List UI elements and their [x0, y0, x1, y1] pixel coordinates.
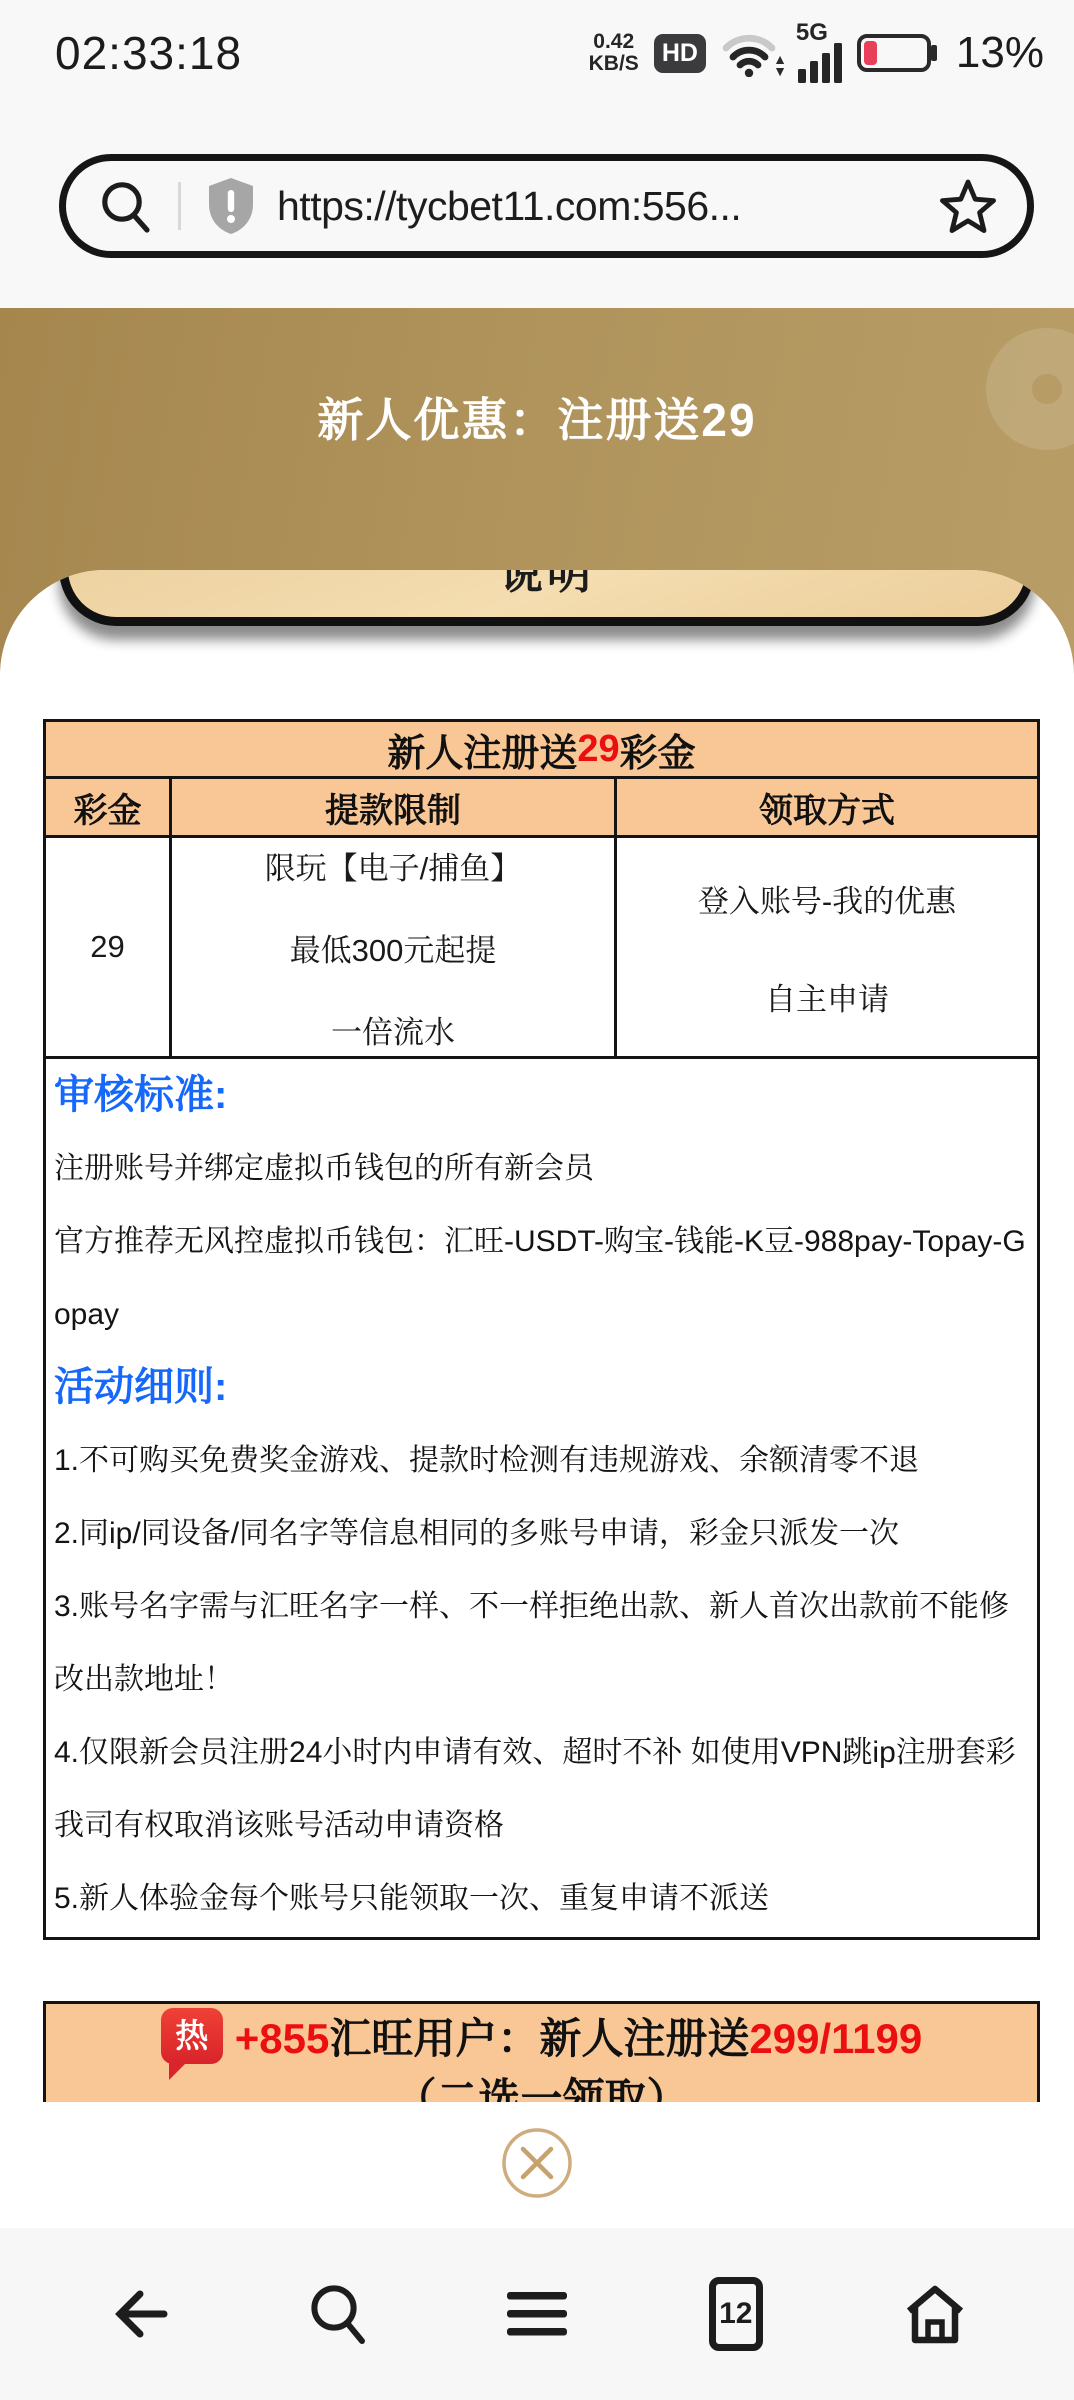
- bookmark-star-icon[interactable]: [939, 178, 997, 234]
- phone-screen: 02:33:18 0.42 KB/S HD ▲▼ 5G: [0, 0, 1074, 2400]
- title-line-1: 热+855汇旺用户：新人注册送299/1199: [46, 2010, 1037, 2070]
- bonus-table-1-title: 新人注册送29彩金: [46, 722, 1037, 779]
- promo-notes: 审核标准: 注册账号并绑定虚拟币钱包的所有新会员 官方推荐无风控虚拟币钱包：汇旺…: [46, 1059, 1037, 1937]
- title-amounts: 299/1199: [749, 2015, 922, 2062]
- tabs-button[interactable]: 12: [691, 2269, 781, 2359]
- claim-line: 自主申请: [765, 974, 889, 1019]
- search-icon[interactable]: [98, 178, 152, 234]
- title-phone: +855: [235, 2015, 330, 2062]
- withdraw-limits: 限玩【电子/捕鱼】 最低300元起提 一倍流水: [172, 838, 617, 1059]
- rule-item: 2.同ip/同设备/同名字等信息相同的多账号申请，彩金只派发一次: [54, 1497, 1031, 1570]
- bonus-table-1: 新人注册送29彩金 彩金 提款限制 领取方式 29 限玩【电子/捕鱼】 最低30…: [43, 719, 1040, 1940]
- bonus-amount: 29: [46, 838, 172, 1059]
- close-button[interactable]: [501, 2127, 573, 2199]
- back-button[interactable]: [94, 2269, 184, 2359]
- network-type-label: 5G: [796, 19, 828, 47]
- rule-item: 4.仅限新会员注册24小时内申请有效、超时不补 如使用VPN跳ip注册套彩我司有…: [54, 1716, 1031, 1862]
- bonus-table-2-title: 热+855汇旺用户：新人注册送299/1199 （二选一领取）: [46, 2004, 1037, 2102]
- claim-method: 登入账号-我的优惠 自主申请: [617, 838, 1037, 1059]
- rules-heading: 活动细则:: [54, 1351, 1031, 1424]
- limit-line: 限玩【电子/捕鱼】: [265, 843, 522, 888]
- cell-signal-icon: 5G: [798, 23, 842, 83]
- network-speed-value: 0.42: [589, 31, 639, 53]
- table-1-data-row: 29 限玩【电子/捕鱼】 最低300元起提 一倍流水 登入账号-我的优惠 自主申…: [46, 838, 1037, 1059]
- status-icons: 0.42 KB/S HD ▲▼ 5G 13%: [589, 23, 1044, 83]
- limit-line: 最低300元起提: [290, 925, 497, 970]
- wifi-icon: ▲▼: [721, 29, 783, 77]
- status-bar: 02:33:18 0.42 KB/S HD ▲▼ 5G: [0, 0, 1074, 100]
- review-heading: 审核标准:: [54, 1059, 1031, 1132]
- title-highlight: 29: [577, 728, 619, 771]
- hd-voice-icon: HD: [654, 34, 706, 73]
- promo-content: 新人注册送29彩金 彩金 提款限制 领取方式 29 限玩【电子/捕鱼】 最低30…: [43, 570, 1040, 2102]
- title-line-2: （二选一领取）: [46, 2070, 1037, 2102]
- description-button[interactable]: 说明: [59, 570, 1035, 626]
- claim-line: 登入账号-我的优惠: [698, 876, 956, 921]
- title-text: 汇旺用户：新人注册送: [329, 2015, 749, 2062]
- rule-item: 1.不可购买免费奖金游戏、提款时检测有违规游戏、余额清零不退: [54, 1424, 1031, 1497]
- battery-percent: 13%: [956, 28, 1044, 78]
- rule-item: 5.新人体验金每个账号只能领取一次、重复申请不派送: [54, 1862, 1031, 1935]
- promo-banner-title: 新人优惠：注册送29: [0, 308, 1074, 450]
- address-bar[interactable]: https://tycbet11.com:556...: [59, 154, 1034, 258]
- review-line: 注册账号并绑定虚拟币钱包的所有新会员: [54, 1132, 1031, 1205]
- network-speed-unit: KB/S: [589, 53, 639, 75]
- title-prefix: 新人注册送: [387, 722, 577, 777]
- hot-badge-icon: 热: [161, 2008, 223, 2064]
- security-shield-icon[interactable]: [205, 176, 257, 236]
- col-header-bonus: 彩金: [46, 779, 172, 838]
- clock: 02:33:18: [55, 26, 242, 80]
- rule-item: 3.账号名字需与汇旺名字一样、不一样拒绝出款、新人首次出款前不能修改出款地址！: [54, 1570, 1031, 1716]
- promo-sheet: 说明 新人注册送29彩金 彩金 提款限制 领取方式 29 限玩【电子/捕鱼】 最…: [0, 570, 1074, 2102]
- wifi-traffic-arrows: ▲▼: [773, 53, 787, 77]
- review-line: 官方推荐无风控虚拟币钱包：汇旺-USDT-购宝-钱能-K豆-988pay-Top…: [54, 1205, 1031, 1351]
- bonus-table-2: 热+855汇旺用户：新人注册送299/1199 （二选一领取） 彩金 提款限制 …: [43, 2001, 1040, 2102]
- network-speed: 0.42 KB/S: [589, 31, 639, 75]
- battery-level-fill: [864, 41, 877, 65]
- title-suffix: 彩金: [620, 722, 696, 777]
- col-header-limits: 提款限制: [172, 779, 617, 838]
- menu-button[interactable]: [492, 2269, 582, 2359]
- search-button[interactable]: [293, 2269, 383, 2359]
- home-button[interactable]: [890, 2269, 980, 2359]
- browser-toolbar: https://tycbet11.com:556...: [0, 100, 1074, 308]
- divider: [178, 182, 181, 230]
- battery-icon: [857, 34, 931, 72]
- url-text[interactable]: https://tycbet11.com:556...: [277, 183, 939, 230]
- col-header-claim: 领取方式: [617, 779, 1037, 838]
- browser-nav-bar: 12: [0, 2228, 1074, 2400]
- battery-cap: [931, 45, 937, 61]
- table-1-header-row: 彩金 提款限制 领取方式: [46, 779, 1037, 838]
- tab-count-badge: 12: [709, 2277, 763, 2351]
- limit-line: 一倍流水: [331, 1007, 455, 1052]
